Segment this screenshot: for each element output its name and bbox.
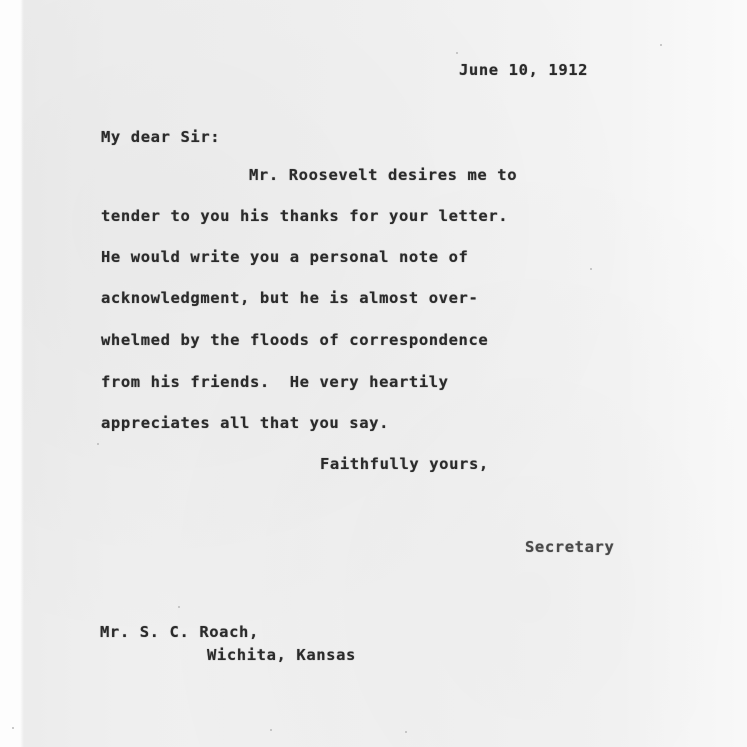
scan-speck — [660, 44, 662, 46]
body-line-7: appreciates all that you say. — [101, 414, 389, 432]
body-line-3: He would write you a personal note of — [101, 248, 468, 266]
scan-speck — [405, 731, 407, 733]
scan-speck — [178, 606, 180, 608]
signature-title: Secretary — [525, 538, 614, 556]
letter-date: June 10, 1912 — [459, 61, 588, 79]
scan-speck — [590, 268, 592, 270]
scan-speck — [270, 729, 272, 731]
body-line-5: whelmed by the floods of correspondence — [101, 331, 488, 349]
scan-speck — [97, 443, 99, 445]
letter-closing: Faithfully yours, — [320, 455, 489, 473]
scan-speck — [12, 727, 14, 729]
recipient-location: Wichita, Kansas — [207, 646, 356, 664]
recipient-name: Mr. S. C. Roach, — [100, 623, 259, 641]
scan-speck — [456, 52, 458, 54]
letter-salutation: My dear Sir: — [101, 128, 220, 146]
body-line-6: from his friends. He very heartily — [101, 373, 449, 391]
body-line-2: tender to you his thanks for your letter… — [101, 207, 508, 225]
body-line-1: Mr. Roosevelt desires me to — [249, 166, 517, 184]
body-line-4: acknowledgment, but he is almost over- — [101, 289, 478, 307]
